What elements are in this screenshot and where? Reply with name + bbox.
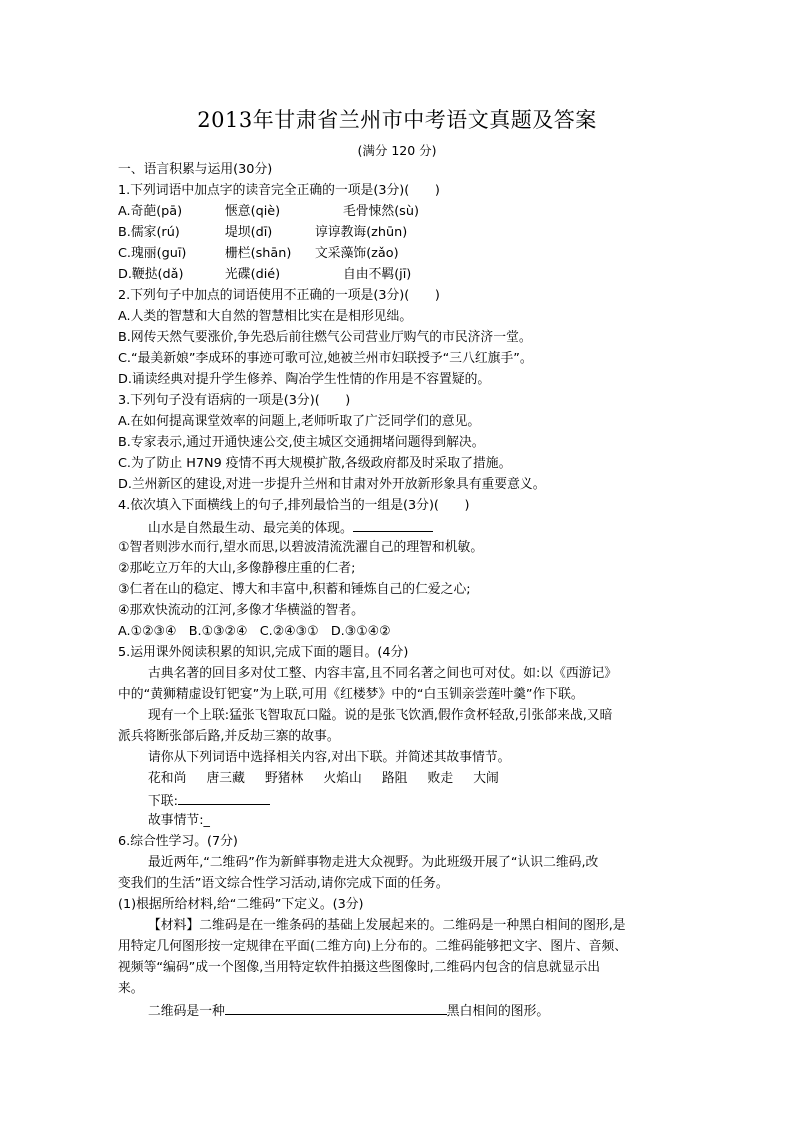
q5-word-bank: 花和尚 唐三藏 野猪林 火焰山 路阻 败走 大闹 <box>148 771 515 787</box>
q5-answer-line: 下联: <box>148 792 270 810</box>
section-heading: 一、语言积累与运用(30分) <box>118 162 272 178</box>
q5-paragraph-2-line-2: 派兵将断张郃后路,并反劫三寨的故事。 <box>118 729 340 745</box>
question-4-stem: 4.依次填入下面横线上的句子,排列最恰当的一组是(3分)( ) <box>118 498 470 514</box>
q5-paragraph-2-line-1: 现有一个上联:猛张飞智取瓦口隘。说的是张飞饮酒,假作贪杯轻敌,引张郃来战,又暗 <box>148 708 612 724</box>
q5-plot-line: 故事情节:_ <box>148 813 210 829</box>
answer-blank[interactable] <box>225 1002 447 1015</box>
q4-options: A.①②③④ B.①③②④ C.②④③① D.③①④② <box>118 624 391 640</box>
q3-option-d: D.兰州新区的建设,对进一步提升兰州和甘肃对外开放新形象具有重要意义。 <box>118 477 546 493</box>
q2-option-d: D.诵读经典对提升学生修养、陶冶学生性情的作用是不容置疑的。 <box>118 372 490 388</box>
q2-option-a: A.人类的智慧和大自然的智慧相比实在是相形见绌。 <box>118 309 412 325</box>
q3-option-b: B.专家表示,通过开通快速公交,使主城区交通拥堵问题得到解决。 <box>118 435 485 451</box>
answer-blank[interactable] <box>178 792 270 805</box>
q3-option-a: A.在如何提高课堂效率的问题上,老师听取了广泛同学们的意见。 <box>118 414 480 430</box>
q4-sentence-3: ③仁者在山的稳定、博大和丰富中,积蓄和锤炼自己的仁爱之心; <box>118 582 471 598</box>
answer-blank[interactable] <box>353 519 433 532</box>
q5-instruction: 请你从下列词语中选择相关内容,对出下联。并简述其故事情节。 <box>148 750 510 766</box>
q6-material-line-4: 来。 <box>118 981 144 997</box>
q6-subquestion-1: (1)根据所给材料,给“二维码”下定义。(3分) <box>118 897 364 913</box>
q4-lead-sentence: 山水是自然最生动、最完美的体现。 <box>148 519 433 537</box>
question-3-stem: 3.下列句子没有语病的一项是(3分)( ) <box>118 393 350 409</box>
q1-option-d: D.鞭挞(dǎ) 光碟(dié) 自由不羁(jī) <box>0 267 794 283</box>
question-6-stem: 6.综合性学习。(7分) <box>118 834 238 850</box>
q5-paragraph-1-line-2: 中的“黄狮精虚设钉钯宴”为上联,可用《红楼梦》中的“白玉钏亲尝莲叶羹”作下联。 <box>118 687 584 703</box>
q1-option-b: B.儒家(rú) 堤坝(dī) 谆谆教诲(zhūn) <box>0 225 794 241</box>
q2-option-b: B.网传天然气要涨价,争先恐后前往燃气公司营业厅购气的市民济济一堂。 <box>118 330 532 346</box>
q4-sentence-4: ④那欢快流动的江河,多像才华横溢的智者。 <box>118 603 364 619</box>
q6-intro-line-2: 变我们的生活”语文综合性学习活动,请你完成下面的任务。 <box>118 876 449 892</box>
q6-definition-line: 二维码是一种黑白相间的图形。 <box>148 1002 549 1020</box>
q1-option-a: A.奇葩(pā) 惬意(qiè) 毛骨悚然(sù) <box>0 204 794 220</box>
q3-option-c: C.为了防止 H7N9 疫情不再大规模扩散,各级政府都及时采取了措施。 <box>118 456 511 472</box>
document-title: 2013年甘肃省兰州市中考语文真题及答案 <box>0 104 794 134</box>
document-subtitle: (满分 120 分) <box>0 141 794 159</box>
q4-sentence-1: ①智者则涉水而行,望水而思,以碧波清流洗濯自己的理智和机敏。 <box>118 540 483 556</box>
question-1-stem: 1.下列词语中加点字的读音完全正确的一项是(3分)( ) <box>118 183 440 199</box>
q2-option-c: C.“最美新娘”李成环的事迹可歌可泣,她被兰州市妇联授予“三八红旗手”。 <box>118 351 533 367</box>
document-page: 2013年甘肃省兰州市中考语文真题及答案 (满分 120 分) 一、语言积累与运… <box>0 0 794 1123</box>
q4-sentence-2: ②那屹立万年的大山,多像静穆庄重的仁者; <box>118 561 355 577</box>
q1-option-c: C.瑰丽(guī) 栅栏(shān) 文采藻饰(zǎo) <box>0 246 794 262</box>
q6-material-line-2: 用特定几何图形按一定规律在平面(二维方向)上分布的。二维码能够把文字、图片、音频… <box>118 939 627 955</box>
question-2-stem: 2.下列句子中加点的词语使用不正确的一项是(3分)( ) <box>118 288 440 304</box>
q6-material-line-1: 【材料】二维码是在一维条码的基础上发展起来的。二维码是一种黑白相间的图形,是 <box>148 918 626 934</box>
q5-paragraph-1-line-1: 古典名著的回目多对仗工整、内容丰富,且不同名著之间也可对仗。如:以《西游记》 <box>148 666 617 682</box>
question-5-stem: 5.运用课外阅读积累的知识,完成下面的题目。(4分) <box>118 645 408 661</box>
q6-intro-line-1: 最近两年,“二维码”作为新鲜事物走进大众视野。为此班级开展了“认识二维码,改 <box>148 855 598 871</box>
q6-material-line-3: 视频等“编码”成一个图像,当用特定软件拍摄这些图像时,二维码内包含的信息就显示出 <box>118 960 600 976</box>
